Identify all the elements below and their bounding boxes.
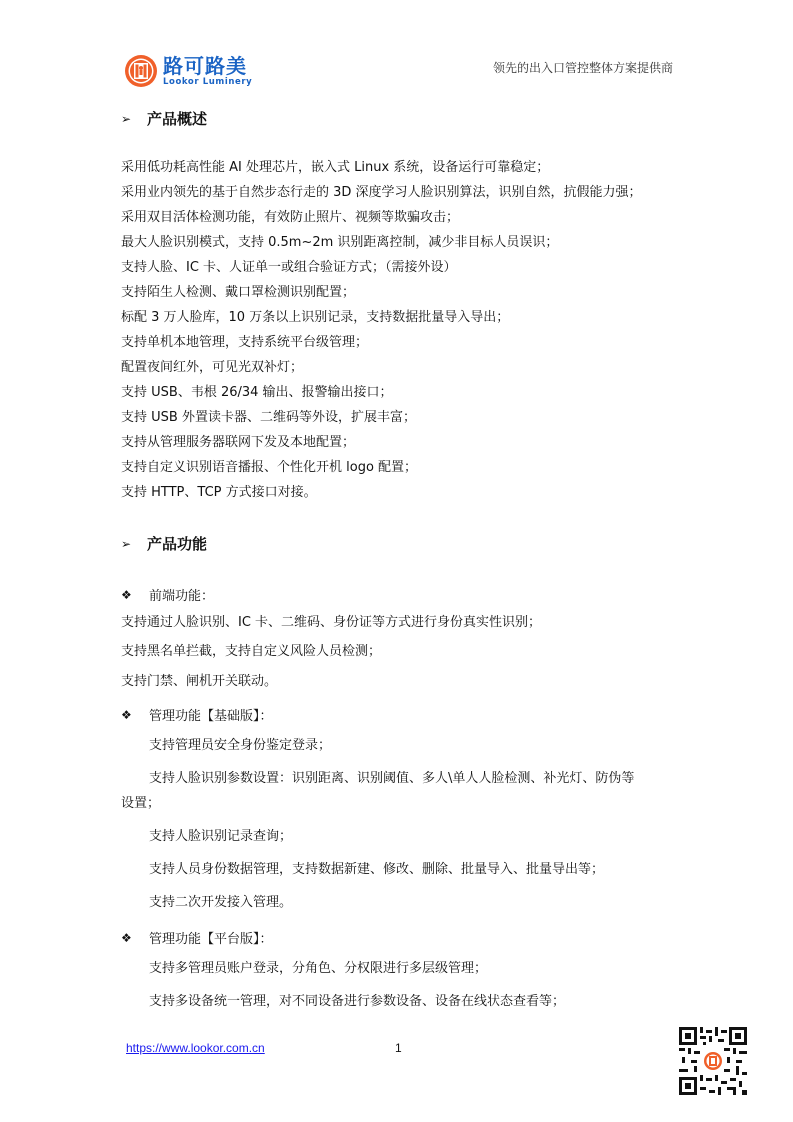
- feature-line: 支持门禁、闸机开关联动。: [121, 674, 277, 690]
- section-title: 产品功能: [147, 533, 207, 554]
- feature-line: 支持人员身份数据管理，支持数据新建、修改、删除、批量导入、批量导出等；: [149, 862, 604, 878]
- overview-line: 最大人脸识别模式，支持 0.5m~2m 识别距离控制，减少非目标人员误识；: [121, 235, 558, 251]
- overview-line: 采用业内领先的基于自然步态行走的 3D 深度学习人脸识别算法，识别自然，抗假能力…: [121, 185, 642, 201]
- diamond-bullet-icon: ❖: [121, 588, 149, 602]
- feature-line: 支持人脸识别记录查询；: [149, 829, 292, 845]
- logo-mark-icon: [124, 54, 158, 88]
- feature-line: 支持通过人脸识别、IC 卡、二维码、身份证等方式进行身份真实性识别；: [121, 615, 541, 631]
- logo-english-name: Lookor Luminery: [163, 77, 252, 87]
- overview-line: 支持从管理服务器联网下发及本地配置；: [121, 435, 355, 451]
- feature-group-label: 前端功能：: [149, 585, 214, 604]
- overview-line: 支持 USB 外置读卡器、二维码等外设，扩展丰富；: [121, 410, 416, 426]
- page-number: 1: [395, 1041, 402, 1055]
- arrow-bullet-icon: ➢: [121, 112, 147, 126]
- overview-line: 支持 USB、韦根 26/34 输出、报警输出接口；: [121, 385, 393, 401]
- qr-code-icon: [679, 1027, 747, 1095]
- overview-line: 支持自定义识别语音播报、个性化开机 logo 配置；: [121, 460, 417, 476]
- feature-group-management-basic: ❖ 管理功能【基础版】：: [121, 705, 273, 724]
- company-logo: 路可路美 Lookor Luminery: [124, 54, 252, 88]
- feature-line-continuation: 设置；: [121, 796, 160, 812]
- feature-group-label: 管理功能【平台版】：: [149, 928, 273, 947]
- arrow-bullet-icon: ➢: [121, 537, 147, 551]
- logo-chinese-name: 路可路美: [163, 55, 252, 77]
- overview-line: 采用低功耗高性能 AI 处理芯片，嵌入式 Linux 系统，设备运行可靠稳定；: [121, 160, 549, 176]
- feature-group-label: 管理功能【基础版】：: [149, 705, 273, 724]
- feature-line: 支持人脸识别参数设置：识别距离、识别阈值、多人\单人人脸检测、补光灯、防伪等: [149, 771, 634, 787]
- feature-line: 支持黑名单拦截，支持自定义风险人员检测；: [121, 644, 381, 660]
- overview-line: 采用双目活体检测功能，有效防止照片、视频等欺骗攻击；: [121, 210, 459, 226]
- feature-line: 支持多设备统一管理，对不同设备进行参数设备、设备在线状态查看等；: [149, 994, 565, 1010]
- feature-line: 支持二次开发接入管理。: [149, 895, 292, 911]
- feature-group-frontend: ❖ 前端功能：: [121, 585, 214, 604]
- header-tagline: 领先的出入口管控整体方案提供商: [493, 59, 673, 76]
- website-link[interactable]: https://www.lookor.com.cn: [126, 1041, 265, 1055]
- overview-line: 标配 3 万人脸库，10 万条以上识别记录，支持数据批量导入导出；: [121, 310, 509, 326]
- feature-line: 支持多管理员账户登录，分角色、分权限进行多层级管理；: [149, 961, 487, 977]
- overview-line: 支持陌生人检测、戴口罩检测识别配置；: [121, 285, 355, 301]
- diamond-bullet-icon: ❖: [121, 931, 149, 945]
- overview-line: 支持人脸、IC 卡、人证单一或组合验证方式；（需接外设）: [121, 260, 457, 276]
- overview-line: 支持单机本地管理，支持系统平台级管理；: [121, 335, 368, 351]
- overview-line: 支持 HTTP、TCP 方式接口对接。: [121, 485, 317, 501]
- feature-group-management-platform: ❖ 管理功能【平台版】：: [121, 928, 273, 947]
- section-title: 产品概述: [147, 108, 207, 129]
- diamond-bullet-icon: ❖: [121, 708, 149, 722]
- section-heading-features: ➢ 产品功能: [121, 533, 207, 554]
- feature-line: 支持管理员安全身份鉴定登录；: [149, 738, 331, 754]
- section-heading-overview: ➢ 产品概述: [121, 108, 207, 129]
- overview-line: 配置夜间红外，可见光双补灯；: [121, 360, 303, 376]
